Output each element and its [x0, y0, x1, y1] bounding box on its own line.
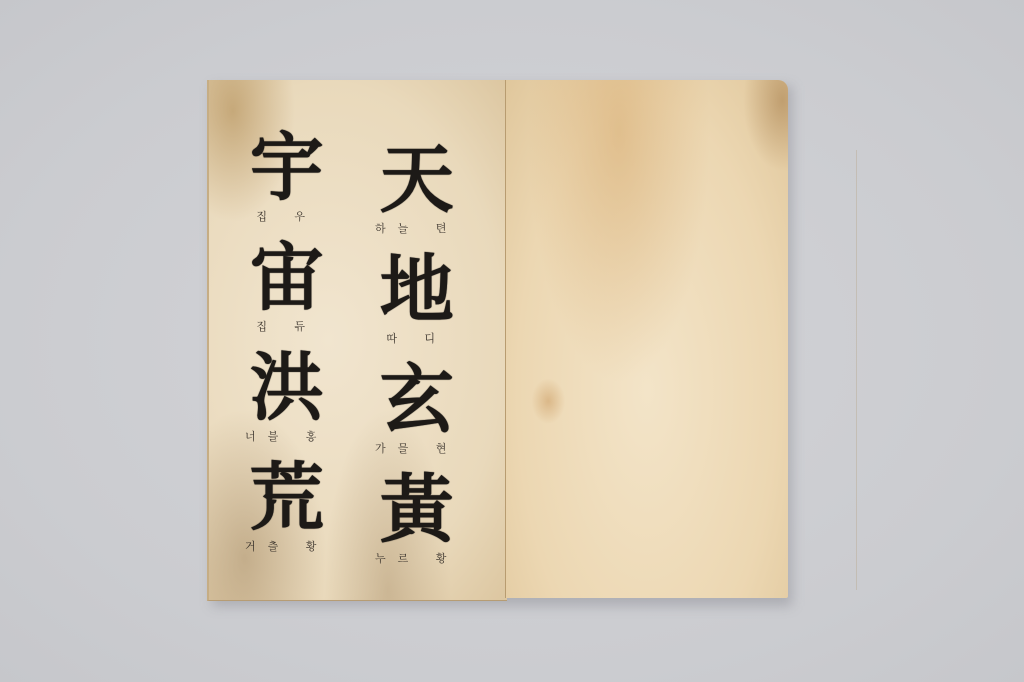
hanja-character: 洪 — [250, 348, 324, 428]
hanja-character: 玄 — [380, 360, 454, 440]
korean-gloss: 집 듀 — [256, 318, 317, 348]
korean-gloss: 너블 홍 — [245, 428, 328, 458]
korean-gloss: 집 우 — [256, 208, 317, 238]
page-fold-line — [856, 150, 857, 590]
hanja-character: 荒 — [250, 458, 324, 538]
korean-gloss: 거츨 황 — [245, 538, 328, 568]
hanja-character: 宙 — [250, 238, 324, 318]
korean-gloss: 하늘 텬 — [375, 220, 458, 250]
hanja-character: 宇 — [250, 128, 324, 208]
korean-gloss: 가믈 현 — [375, 440, 458, 470]
right-page-blank — [505, 80, 788, 598]
text-column-left: 宇 집 우 宙 집 듀 洪 너블 홍 荒 거츨 황 — [245, 128, 328, 568]
korean-gloss: 누르 황 — [375, 550, 458, 580]
hanja-character: 天 — [380, 140, 454, 220]
hanja-character: 地 — [380, 250, 454, 330]
hanja-character: 黃 — [380, 470, 454, 550]
text-column-right: 天 하늘 텬 地 따 디 玄 가믈 현 黃 누르 황 — [375, 140, 458, 580]
korean-gloss: 따 디 — [386, 330, 447, 360]
